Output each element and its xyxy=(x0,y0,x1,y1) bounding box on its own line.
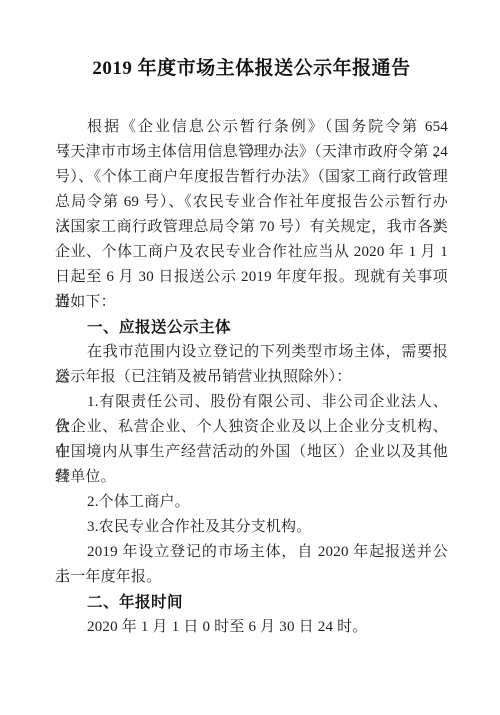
section-2-heading: 二、年报时间 xyxy=(55,590,448,615)
list-item-line: 中国境内从事生产经营活动的外国（地区）企业以及其他经 xyxy=(55,440,448,465)
paragraph-line: （国家工商行政管理总局令第 70 号）有关规定，我市各类 xyxy=(55,215,448,240)
document-page: 2019 年度市场主体报送公示年报通告 根据《企业信息公示暂行条例》（国务院令第… xyxy=(0,0,500,715)
list-item-line: 伙企业、私营企业、个人独资企业及以上企业分支机构、在 xyxy=(55,415,448,440)
section-1-note-paragraph: 2019 年设立登记的市场主体，自 2020 年起报送并公示 上一年度年报。 xyxy=(55,540,448,590)
intro-paragraph: 根据《企业信息公示暂行条例》（国务院令第 654 号）、 《天津市市场主体信用信… xyxy=(55,115,448,315)
paragraph-line: 上一年度年报。 xyxy=(55,565,448,590)
list-item-1: 1.有限责任公司、股份有限公司、非公司企业法人、合 伙企业、私营企业、个人独资企… xyxy=(55,390,448,490)
paragraph-line: 告如下： xyxy=(55,290,448,315)
list-item-line: 1.有限责任公司、股份有限公司、非公司企业法人、合 xyxy=(55,390,448,415)
paragraph-line: 在我市范围内设立登记的下列类型市场主体，需要报送 xyxy=(55,340,448,365)
list-item-2: 2.个体工商户。 xyxy=(55,490,448,515)
paragraph-line: 根据《企业信息公示暂行条例》（国务院令第 654 号）、 xyxy=(55,115,448,140)
paragraph-line: 企业、个体工商户及农民专业合作社应当从 2020 年 1 月 1 xyxy=(55,240,448,265)
paragraph-line: 日起至 6 月 30 日报送公示 2019 年度年报。现就有关事项通 xyxy=(55,265,448,290)
section-2-time-paragraph: 2020 年 1 月 1 日 0 时至 6 月 30 日 24 时。 xyxy=(55,615,448,640)
section-1-heading: 一、应报送公示主体 xyxy=(55,315,448,340)
section-1-scope-paragraph: 在我市范围内设立登记的下列类型市场主体，需要报送 公示年报（已注销及被吊销营业执… xyxy=(55,340,448,390)
list-item-line: 营单位。 xyxy=(55,465,448,490)
document-title: 2019 年度市场主体报送公示年报通告 xyxy=(55,57,448,81)
paragraph-line: 公示年报（已注销及被吊销营业执照除外）： xyxy=(55,365,448,390)
paragraph-line: 2019 年设立登记的市场主体，自 2020 年起报送并公示 xyxy=(55,540,448,565)
paragraph-line: 总局令第 69 号）、《农民专业合作社年度报告公示暂行办法》 xyxy=(55,190,448,215)
paragraph-line: 号）、《个体工商户年度报告暂行办法》（国家工商行政管理 xyxy=(55,165,448,190)
paragraph-line: 《天津市市场主体信用信息管理办法》（天津市政府令第 24 xyxy=(55,140,448,165)
list-item-3: 3.农民专业合作社及其分支机构。 xyxy=(55,515,448,540)
